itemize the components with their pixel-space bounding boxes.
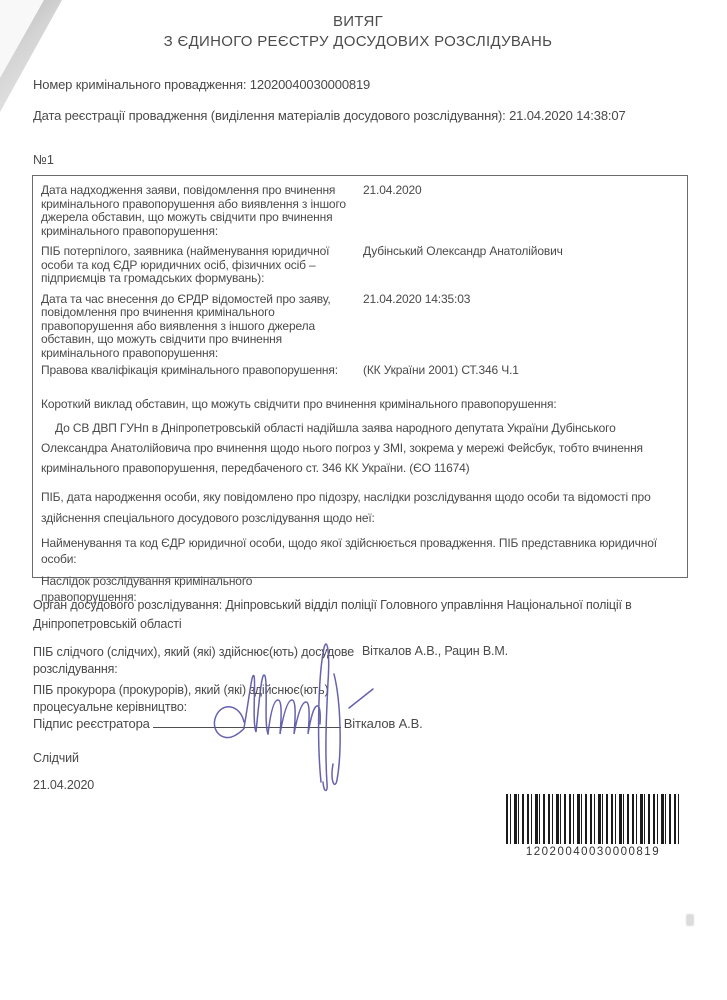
table-row: Дата надходження заяви, повідомлення про… <box>41 184 679 238</box>
case-number-line: Номер кримінального провадження: 1202004… <box>33 77 370 92</box>
barcode-value: 12020040030000819 <box>506 846 680 858</box>
handwritten-signature <box>200 632 385 802</box>
table-row: Правова кваліфікація кримінального право… <box>41 364 679 378</box>
row-value: (КК України 2001) СТ.346 Ч.1 <box>363 364 519 378</box>
document-date: 21.04.2020 <box>33 778 94 792</box>
row-label: Дата та час внесення до ЄРДР відомостей … <box>41 293 363 361</box>
summary-heading: Короткий виклад обставин, що можуть свід… <box>41 398 679 412</box>
scan-speck <box>686 914 694 926</box>
registry-title: З ЄДИНОГО РЕЄСТРУ ДОСУДОВИХ РОЗСЛІДУВАНЬ <box>0 32 716 52</box>
record-number: №1 <box>33 152 54 167</box>
row-label: Правова кваліфікація кримінального право… <box>41 364 363 378</box>
registration-date-line: Дата реєстрації провадження (виділення м… <box>33 106 626 126</box>
summary-text: До СВ ДВП ГУНп в Дніпропетровській облас… <box>41 418 679 478</box>
row-value: 21.04.2020 14:35:03 <box>363 293 470 307</box>
row-value: Дубінський Олександр Анатолійович <box>363 245 563 259</box>
document-header: ВИТЯГ З ЄДИНОГО РЕЄСТРУ ДОСУДОВИХ РОЗСЛІ… <box>0 12 716 52</box>
registrar-signature-label: Підпис реєстратора <box>33 716 150 731</box>
document-title: ВИТЯГ <box>0 12 716 32</box>
row-label: ПІБ потерпілого, заявника (найменування … <box>41 245 363 286</box>
investigator-position: Слідчий <box>33 751 79 765</box>
row-value: 21.04.2020 <box>363 184 422 198</box>
table-row: ПІБ потерпілого, заявника (найменування … <box>41 245 679 286</box>
investigation-body-line: Орган досудового розслідування: Дніпровс… <box>33 596 663 634</box>
legal-entity-heading: Найменування та код ЄДР юридичної особи,… <box>41 535 679 567</box>
suspect-heading: ПІБ, дата народження особи, яку повідомл… <box>41 487 679 529</box>
record-table: Дата надходження заяви, повідомлення про… <box>32 175 688 578</box>
table-row: Дата та час внесення до ЄРДР відомостей … <box>41 293 679 361</box>
row-label: Дата надходження заяви, повідомлення про… <box>41 184 363 238</box>
barcode <box>506 794 680 844</box>
